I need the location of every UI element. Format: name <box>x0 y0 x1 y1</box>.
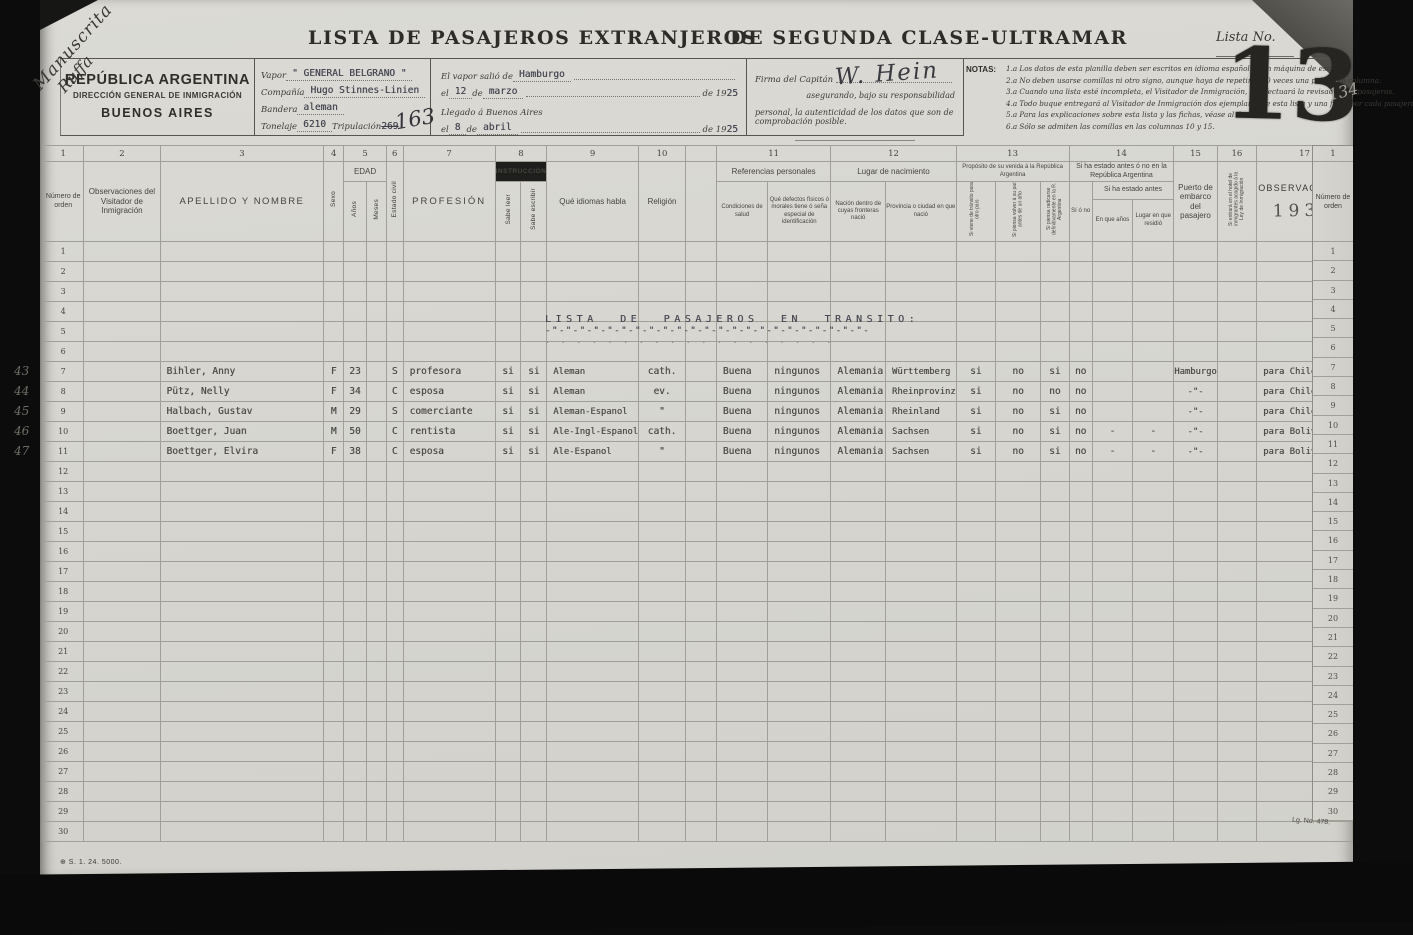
cell-estado-civil <box>386 782 403 802</box>
cell-empty <box>686 542 717 562</box>
cell-estado-antes <box>1069 462 1092 482</box>
cell-sabe-leer <box>495 742 521 762</box>
cell-anos <box>344 462 366 482</box>
cell-estado-antes <box>1069 702 1092 722</box>
cell-lugar-residio <box>1133 562 1174 582</box>
cell-sexo <box>324 602 344 622</box>
cell-nacion <box>831 582 886 602</box>
cell-religion <box>639 682 686 702</box>
cell-lugar-residio <box>1133 362 1174 382</box>
cell-sexo <box>324 782 344 802</box>
cell-religion <box>639 662 686 682</box>
cell-anos <box>344 802 366 822</box>
cell-sexo <box>324 322 344 342</box>
header-transito-otro-pais: Si viene de tránsito para otro país <box>956 182 996 242</box>
cell-puerto <box>1174 662 1217 682</box>
cell-sabe-escribir: si <box>521 402 547 422</box>
cell-puerto <box>1174 682 1217 702</box>
cell-en-anos <box>1092 502 1132 522</box>
cell-estado-civil <box>386 722 403 742</box>
next-page-stub-column: 1Número de orden123456789101112131415161… <box>1312 145 1353 821</box>
row-number: 23 <box>43 682 84 702</box>
cell-empty <box>686 702 717 722</box>
cell-estado-antes: no <box>1069 402 1092 422</box>
cell-profesion <box>403 342 495 362</box>
cell-salud <box>716 782 767 802</box>
row-number: 18 <box>43 582 84 602</box>
table-row: 9Halbach, GustavM29ScomerciantesisiAlema… <box>43 402 1353 422</box>
cell-estado-civil <box>386 522 403 542</box>
cell-meses <box>366 382 386 402</box>
cell-transito <box>956 582 996 602</box>
cell-transito <box>956 762 996 782</box>
cell-empty <box>686 722 717 742</box>
stub-row-number: 14 <box>1313 493 1353 512</box>
cell-sexo <box>324 282 344 302</box>
cell-en-anos <box>1092 402 1132 422</box>
cell-religion <box>639 782 686 802</box>
cell-nacion: Alemania <box>831 402 886 422</box>
cell-defectos <box>768 682 831 702</box>
cell-sabe-leer <box>495 622 521 642</box>
cell-salud <box>716 562 767 582</box>
cell-provincia: Württemberg <box>886 362 957 382</box>
stub-row-number: 19 <box>1313 589 1353 608</box>
cell-estado-antes <box>1069 682 1092 702</box>
table-row: 24 <box>43 702 1353 722</box>
cell-anos <box>344 562 366 582</box>
row-number: 17 <box>43 562 84 582</box>
cell-puerto: -"- <box>1174 402 1217 422</box>
cell-idiomas <box>547 822 639 842</box>
cell-estado-antes <box>1069 262 1092 282</box>
row-number: 4 <box>43 302 84 322</box>
cell-empty <box>84 542 160 562</box>
cell-transito <box>956 782 996 802</box>
cell-apellido-nombre <box>160 822 324 842</box>
cell-empty <box>84 462 160 482</box>
col-number-blank <box>686 146 717 162</box>
passenger-table: 1234567891011121314151617Número de orden… <box>42 145 1353 842</box>
cell-radicarse <box>1041 342 1070 362</box>
cell-sexo: F <box>324 362 344 382</box>
cell-apellido-nombre: Boettger, Juan <box>160 422 324 442</box>
row-number: 22 <box>43 662 84 682</box>
stub-row-number: 2 <box>1313 261 1353 280</box>
cell-empty <box>84 602 160 622</box>
row-number: 13 <box>43 482 84 502</box>
cell-defectos <box>768 642 831 662</box>
cell-profesion: comerciante <box>403 402 495 422</box>
cell-religion <box>639 482 686 502</box>
cell-sexo <box>324 622 344 642</box>
cell-salud <box>716 262 767 282</box>
cell-provincia <box>886 642 957 662</box>
cell-salud: Buena <box>716 422 767 442</box>
cell-radicarse <box>1041 782 1070 802</box>
cell-empty <box>1217 262 1257 282</box>
cell-en-anos <box>1092 522 1132 542</box>
llegado-label: Llegado á Buenos Aires <box>441 108 543 118</box>
row-number: 1 <box>43 242 84 262</box>
cell-puerto <box>1174 302 1217 322</box>
cell-sabe-escribir <box>521 462 547 482</box>
cell-salud: Buena <box>716 362 767 382</box>
cell-en-anos <box>1092 542 1132 562</box>
de-label-2: de <box>466 125 476 135</box>
cell-volver <box>996 622 1041 642</box>
cell-provincia <box>886 702 957 722</box>
cell-radicarse <box>1041 662 1070 682</box>
cell-defectos <box>768 502 831 522</box>
cell-volver <box>996 542 1041 562</box>
cell-transito <box>956 822 996 842</box>
cell-salud <box>716 682 767 702</box>
cell-meses <box>366 542 386 562</box>
cell-profesion <box>403 802 495 822</box>
cell-empty <box>84 742 160 762</box>
cell-provincia: Sachsen <box>886 422 957 442</box>
cell-sabe-leer <box>495 562 521 582</box>
cell-empty <box>84 342 160 362</box>
cell-puerto <box>1174 542 1217 562</box>
cell-anos <box>344 522 366 542</box>
cell-provincia <box>886 782 957 802</box>
cell-provincia <box>886 282 957 302</box>
cell-sabe-leer <box>495 302 521 322</box>
voyage-box: El vapor salió de Hamburgo el 12 de marz… <box>431 59 747 136</box>
cell-meses <box>366 482 386 502</box>
cell-empty <box>84 822 160 842</box>
table-row: 2 <box>43 262 1353 282</box>
cell-sabe-escribir <box>521 502 547 522</box>
cell-sexo <box>324 582 344 602</box>
captain-rule <box>795 140 915 141</box>
cell-defectos <box>768 822 831 842</box>
cell-empty <box>686 682 717 702</box>
cell-sabe-escribir <box>521 342 547 362</box>
cell-provincia <box>886 542 957 562</box>
cell-profesion: profesora <box>403 362 495 382</box>
cell-meses <box>366 702 386 722</box>
cell-transito <box>956 562 996 582</box>
cell-apellido-nombre <box>160 802 324 822</box>
cell-idiomas <box>547 242 639 262</box>
cell-sexo <box>324 562 344 582</box>
cell-profesion <box>403 522 495 542</box>
cell-empty <box>1217 542 1257 562</box>
salio-label: El vapor salió de <box>441 72 513 82</box>
cell-estado-antes: no <box>1069 422 1092 442</box>
cell-estado-civil <box>386 802 403 822</box>
cell-en-anos <box>1092 702 1132 722</box>
cell-sabe-escribir <box>521 722 547 742</box>
cell-radicarse <box>1041 582 1070 602</box>
header-referencias: Referencias personales <box>716 162 830 182</box>
cell-sabe-leer <box>495 262 521 282</box>
cell-sabe-escribir <box>521 702 547 722</box>
cell-anos <box>344 242 366 262</box>
llegada-year: 25 <box>727 124 738 135</box>
cell-lugar-residio <box>1133 742 1174 762</box>
cell-volver <box>996 702 1041 722</box>
cell-profesion <box>403 502 495 522</box>
cell-radicarse: si <box>1041 422 1070 442</box>
cell-religion <box>639 542 686 562</box>
cell-puerto <box>1174 562 1217 582</box>
cell-sexo <box>324 242 344 262</box>
cell-empty <box>686 522 717 542</box>
cell-estado-antes <box>1069 622 1092 642</box>
cell-radicarse <box>1041 602 1070 622</box>
cell-meses <box>366 322 386 342</box>
cell-radicarse <box>1041 302 1070 322</box>
row-number: 2 <box>43 262 84 282</box>
cell-radicarse: si <box>1041 402 1070 422</box>
notas-label: NOTAS: <box>966 65 996 74</box>
cell-sexo <box>324 662 344 682</box>
cell-empty <box>686 442 717 462</box>
cell-estado-civil <box>386 602 403 622</box>
margin-pencil-number: 44 <box>14 384 29 398</box>
cell-transito <box>956 702 996 722</box>
header-nacion: Nación dentro de cuyas fronteras nació <box>831 182 886 242</box>
cell-sabe-leer <box>495 322 521 342</box>
cell-radicarse <box>1041 722 1070 742</box>
cell-sabe-leer <box>495 462 521 482</box>
header-condiciones-salud: Condiciones de salud <box>716 182 767 242</box>
table-row: 11Boettger, ElviraF38CesposasisiAle-Espa… <box>43 442 1353 462</box>
cell-volver <box>996 522 1041 542</box>
cell-profesion <box>403 682 495 702</box>
cell-provincia <box>886 522 957 542</box>
cell-defectos <box>768 702 831 722</box>
table-row: 16 <box>43 542 1353 562</box>
header-si-o-no: Sí ó no <box>1069 182 1092 242</box>
cell-sexo: M <box>324 402 344 422</box>
cell-volver <box>996 302 1041 322</box>
cell-sabe-escribir <box>521 642 547 662</box>
cell-empty <box>1217 242 1257 262</box>
cell-estado-antes <box>1069 302 1092 322</box>
cell-empty <box>686 622 717 642</box>
cell-estado-antes <box>1069 542 1092 562</box>
cell-nacion <box>831 462 886 482</box>
de19-label: de 19 <box>703 89 727 99</box>
cell-lugar-residio <box>1133 542 1174 562</box>
cell-sexo <box>324 342 344 362</box>
cell-en-anos <box>1092 782 1132 802</box>
cell-meses <box>366 342 386 362</box>
cell-sexo <box>324 822 344 842</box>
cell-anos <box>344 782 366 802</box>
cell-anos: 34 <box>344 382 366 402</box>
row-number: 8 <box>43 382 84 402</box>
cell-sabe-escribir <box>521 482 547 502</box>
row-number: 10 <box>43 422 84 442</box>
cell-puerto <box>1174 622 1217 642</box>
cell-lugar-residio: - <box>1133 422 1174 442</box>
cell-idiomas <box>547 462 639 482</box>
row-number: 21 <box>43 642 84 662</box>
cell-radicarse: no <box>1041 382 1070 402</box>
cell-estado-civil: S <box>386 402 403 422</box>
cell-apellido-nombre <box>160 302 324 322</box>
cell-estado-antes <box>1069 242 1092 262</box>
cell-sabe-escribir <box>521 622 547 642</box>
transit-heading-overlay: LISTA DE PASAJEROS EN TRANSITO: -"-"-"-"… <box>545 314 965 345</box>
cell-defectos: ningunos <box>768 362 831 382</box>
cell-puerto <box>1174 322 1217 342</box>
table-row: 30 <box>43 822 1353 842</box>
cell-idiomas <box>547 662 639 682</box>
cell-idiomas <box>547 522 639 542</box>
stub-row-number: 15 <box>1313 512 1353 531</box>
cell-idiomas <box>547 722 639 742</box>
col-number-8: 8 <box>495 146 547 162</box>
cell-empty <box>686 262 717 282</box>
cell-empty <box>1217 522 1257 542</box>
cell-meses <box>366 442 386 462</box>
cell-empty <box>1217 582 1257 602</box>
cell-nacion <box>831 822 886 842</box>
cell-apellido-nombre <box>160 622 324 642</box>
cell-empty <box>1217 362 1257 382</box>
cell-meses <box>366 502 386 522</box>
cell-defectos: ningunos <box>768 382 831 402</box>
cell-volver <box>996 722 1041 742</box>
compania-value: Hugo Stinnes-Linien <box>304 85 425 98</box>
cell-transito <box>956 602 996 622</box>
cell-salud <box>716 542 767 562</box>
cell-profesion <box>403 782 495 802</box>
cell-sabe-leer: si <box>495 402 521 422</box>
salio-month: marzo <box>483 86 524 99</box>
cell-en-anos <box>1092 762 1132 782</box>
table-row: 1 <box>43 242 1353 262</box>
cell-idiomas <box>547 562 639 582</box>
cell-estado-civil: C <box>386 422 403 442</box>
cell-transito: si <box>956 402 996 422</box>
header-radicarse: Si piensa radicarse definitivamente en l… <box>1041 182 1070 242</box>
col-number-2: 2 <box>84 146 160 162</box>
cell-anos <box>344 342 366 362</box>
cell-provincia <box>886 562 957 582</box>
cell-estado-civil: C <box>386 442 403 462</box>
cell-transito <box>956 742 996 762</box>
cell-radicarse <box>1041 822 1070 842</box>
cell-lugar-residio <box>1133 622 1174 642</box>
header-lugar-residio: Lugar en que residió <box>1133 200 1174 242</box>
cell-provincia <box>886 822 957 842</box>
cell-empty <box>84 382 160 402</box>
cell-empty <box>686 362 717 382</box>
stub-row-number: 9 <box>1313 396 1353 415</box>
llegada-day: 8 <box>449 122 467 135</box>
margin-pencil-number: 43 <box>14 364 29 378</box>
cell-empty <box>84 802 160 822</box>
col-number-14: 14 <box>1069 146 1174 162</box>
row-number: 11 <box>43 442 84 462</box>
cell-nacion <box>831 242 886 262</box>
cell-lugar-residio <box>1133 662 1174 682</box>
cell-defectos <box>768 462 831 482</box>
cell-estado-antes <box>1069 722 1092 742</box>
table-row: 14 <box>43 502 1353 522</box>
cell-sabe-leer: si <box>495 382 521 402</box>
cell-nacion <box>831 722 886 742</box>
cell-puerto <box>1174 482 1217 502</box>
cell-apellido-nombre <box>160 682 324 702</box>
cell-salud <box>716 462 767 482</box>
cell-en-anos <box>1092 342 1132 362</box>
cell-radicarse: si <box>1041 442 1070 462</box>
cell-anos <box>344 482 366 502</box>
cell-volver: no <box>996 402 1041 422</box>
cell-estado-civil <box>386 642 403 662</box>
cell-profesion <box>403 262 495 282</box>
cell-idiomas <box>547 782 639 802</box>
cell-empty <box>1217 422 1257 442</box>
cell-sabe-escribir <box>521 602 547 622</box>
cell-salud <box>716 482 767 502</box>
tonelaje-value: 6210 <box>297 119 332 132</box>
cell-sabe-escribir <box>521 542 547 562</box>
cell-profesion <box>403 302 495 322</box>
cell-apellido-nombre <box>160 722 324 742</box>
cell-empty <box>84 642 160 662</box>
cell-estado-antes <box>1069 522 1092 542</box>
cell-sabe-escribir <box>521 802 547 822</box>
cell-volver <box>996 282 1041 302</box>
cell-en-anos <box>1092 742 1132 762</box>
cell-anos <box>344 322 366 342</box>
col-number-10: 10 <box>639 146 686 162</box>
cell-puerto <box>1174 702 1217 722</box>
cell-en-anos <box>1092 642 1132 662</box>
cell-idiomas <box>547 622 639 642</box>
cell-volver <box>996 502 1041 522</box>
stub-row-number: 7 <box>1313 358 1353 377</box>
cell-estado-civil <box>386 662 403 682</box>
cell-en-anos <box>1092 242 1132 262</box>
cell-nacion: Alemania <box>831 422 886 442</box>
cell-meses <box>366 602 386 622</box>
form-header-band: REPÚBLICA ARGENTINA DIRECCIÓN GENERAL DE… <box>60 58 1350 135</box>
scanned-passenger-list-sheet: LISTA DE PASAJEROS EXTRANJEROS DE SEGUND… <box>40 0 1353 876</box>
stub-row-number: 8 <box>1313 377 1353 396</box>
stub-row-number: 22 <box>1313 647 1353 666</box>
header-meses: Meses <box>366 182 386 242</box>
cell-sabe-escribir <box>521 302 547 322</box>
cell-estado-civil <box>386 702 403 722</box>
cell-salud <box>716 642 767 662</box>
header-profesion: PROFESIÓN <box>403 162 495 242</box>
cell-empty <box>84 722 160 742</box>
cell-volver <box>996 262 1041 282</box>
cell-defectos <box>768 482 831 502</box>
stub-row-number: 11 <box>1313 435 1353 454</box>
cell-anos: 50 <box>344 422 366 442</box>
col-number-1: 1 <box>43 146 84 162</box>
cell-estado-antes <box>1069 562 1092 582</box>
col-number-11: 11 <box>716 146 830 162</box>
cell-transito <box>956 542 996 562</box>
cell-nacion <box>831 742 886 762</box>
cell-meses <box>366 362 386 382</box>
cell-provincia <box>886 582 957 602</box>
cell-sabe-leer <box>495 822 521 842</box>
